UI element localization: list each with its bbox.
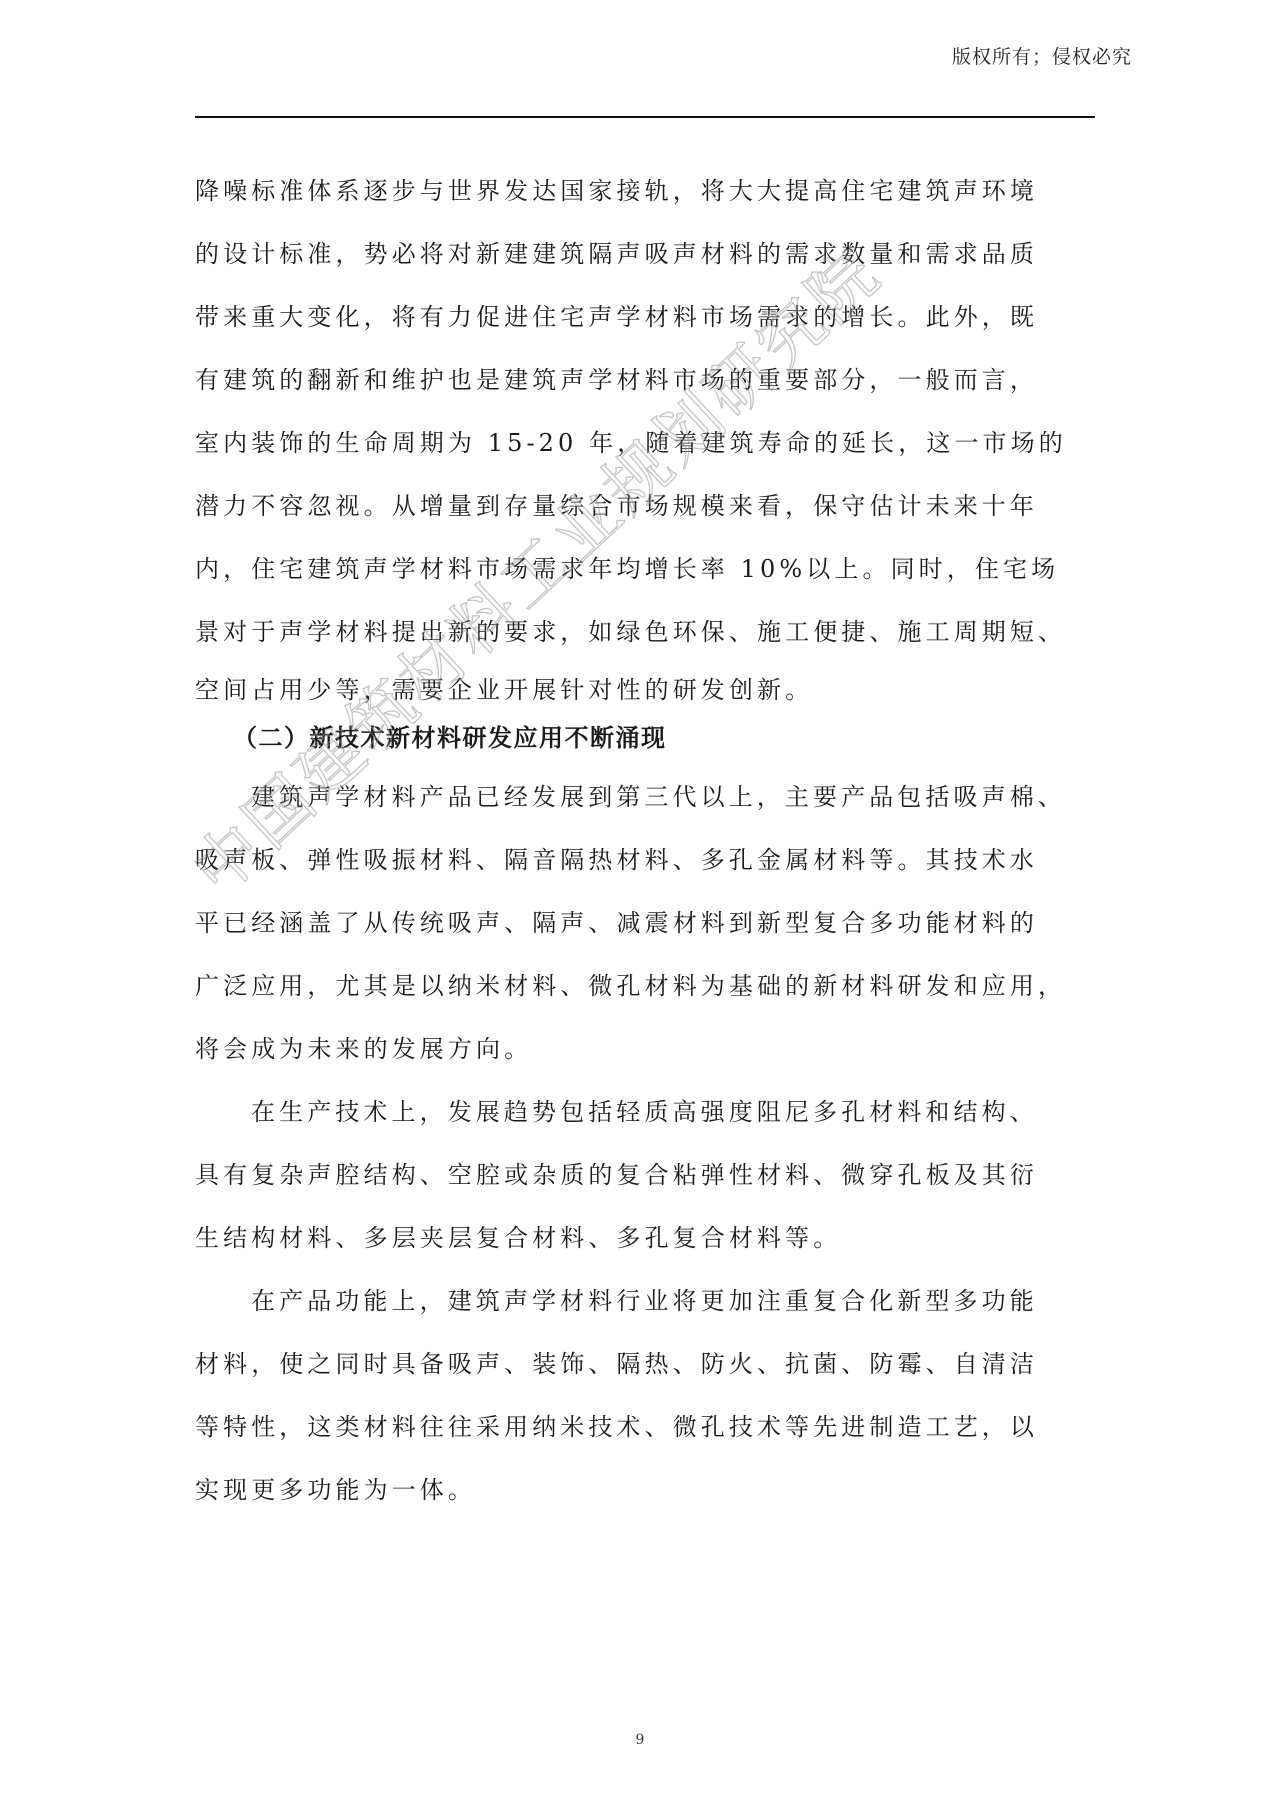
- text-line: 生结构材料、多层夹层复合材料、多孔复合材料等。: [195, 1207, 1095, 1270]
- text-line: 潜力不容忽视。从增量到存量综合市场规模来看，保守估计未来十年: [195, 475, 1095, 538]
- text-line: 广泛应用，尤其是以纳米材料、微孔材料为基础的新材料研发和应用，: [195, 955, 1095, 1018]
- text-line: 在产品功能上，建筑声学材料行业将更加注重复合化新型多功能: [195, 1270, 1095, 1333]
- text-line: 吸声板、弹性吸振材料、隔音隔热材料、多孔金属材料等。其技术水: [195, 829, 1095, 892]
- text-line: 有建筑的翻新和维护也是建筑声学材料市场的重要部分，一般而言，: [195, 349, 1095, 412]
- text-line: 带来重大变化，将有力促进住宅声学材料市场需求的增长。此外，既: [195, 286, 1095, 349]
- text-line: 空间占用少等，需要企业开展针对性的研发创新。: [195, 664, 1095, 716]
- page-number: 9: [0, 1732, 1280, 1748]
- text-line: 平已经涵盖了从传统吸声、隔声、减震材料到新型复合多功能材料的: [195, 892, 1095, 955]
- paragraph-2: 建筑声学材料产品已经发展到第三代以上，主要产品包括吸声棉、 吸声板、弹性吸振材料…: [195, 766, 1095, 1081]
- paragraph-1: 降噪标准体系逐步与世界发达国家接轨，将大大提高住宅建筑声环境 的设计标准，势必将…: [195, 160, 1095, 716]
- text-line: 降噪标准体系逐步与世界发达国家接轨，将大大提高住宅建筑声环境: [195, 160, 1095, 223]
- paragraph-4: 在产品功能上，建筑声学材料行业将更加注重复合化新型多功能 材料，使之同时具备吸声…: [195, 1270, 1095, 1522]
- text-line: 建筑声学材料产品已经发展到第三代以上，主要产品包括吸声棉、: [195, 766, 1095, 829]
- text-line: 材料，使之同时具备吸声、装饰、隔热、防火、抗菌、防霉、自清洁: [195, 1333, 1095, 1396]
- text-line: 室内装饰的生命周期为 15-20 年，随着建筑寿命的延长，这一市场的: [195, 412, 1095, 475]
- text-line: 实现更多功能为一体。: [195, 1459, 1095, 1522]
- text-line: 等特性，这类材料往往采用纳米技术、微孔技术等先进制造工艺，以: [195, 1396, 1095, 1459]
- text-line: 的设计标准，势必将对新建建筑隔声吸声材料的需求数量和需求品质: [195, 223, 1095, 286]
- text-line: 景对于声学材料提出新的要求，如绿色环保、施工便捷、施工周期短、: [195, 601, 1095, 664]
- text-line: 在生产技术上，发展趋势包括轻质高强度阻尼多孔材料和结构、: [195, 1081, 1095, 1144]
- copyright-notice: 版权所有；侵权必究: [952, 42, 1132, 69]
- document-body: 降噪标准体系逐步与世界发达国家接轨，将大大提高住宅建筑声环境 的设计标准，势必将…: [195, 160, 1095, 1522]
- text-line: 具有复杂声腔结构、空腔或杂质的复合粘弹性材料、微穿孔板及其衍: [195, 1144, 1095, 1207]
- paragraph-3: 在生产技术上，发展趋势包括轻质高强度阻尼多孔材料和结构、 具有复杂声腔结构、空腔…: [195, 1081, 1095, 1270]
- text-line: 内，住宅建筑声学材料市场需求年均增长率 10%以上。同时，住宅场: [195, 538, 1095, 601]
- text-line: 将会成为未来的发展方向。: [195, 1018, 1095, 1081]
- section-heading: （二）新技术新材料研发应用不断涌现: [195, 716, 1095, 766]
- header-divider: [195, 116, 1095, 118]
